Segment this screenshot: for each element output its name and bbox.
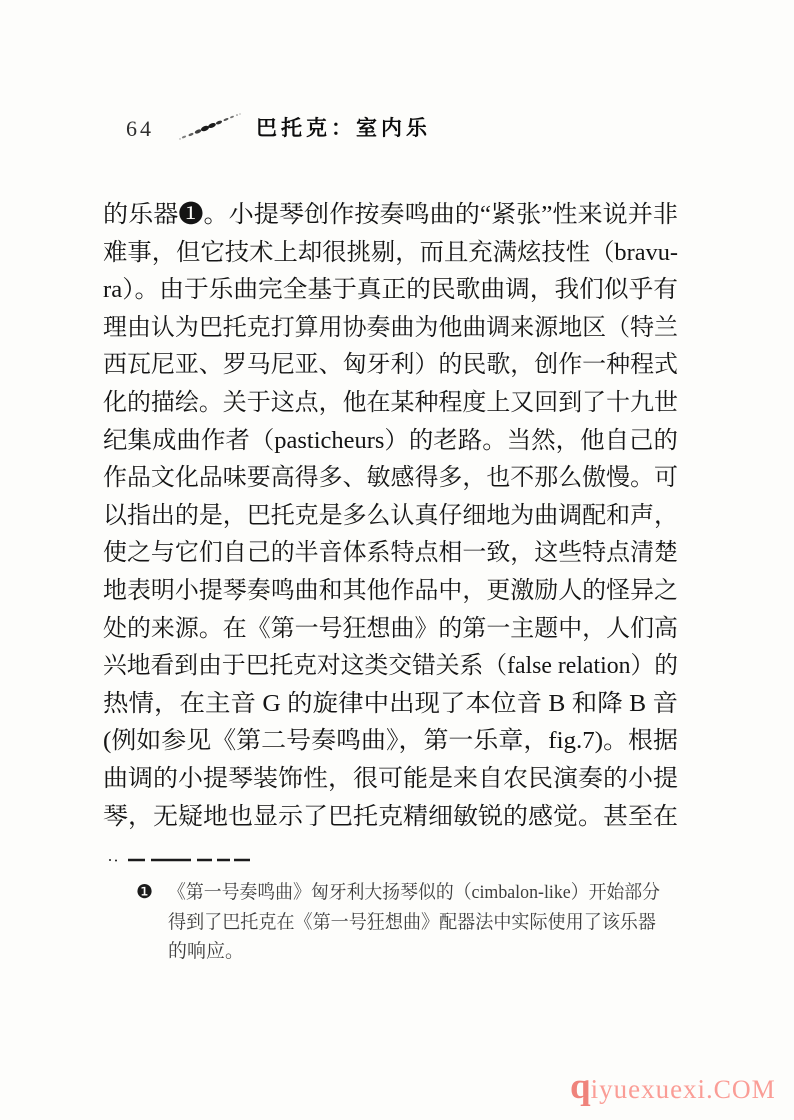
- ink-smudge-mark: [174, 110, 246, 144]
- text-line: (例如参见《第二号奏鸣曲》，第一乐章，fig.7)。根据: [103, 723, 678, 761]
- running-head-title: 巴托克：室内乐: [256, 112, 431, 142]
- footnote-separator: [108, 856, 250, 864]
- text-line: 琴，无疑地也显示了巴托克精细敏锐的感觉。甚至在: [103, 799, 678, 837]
- text-line: 热情，在主音 G 的旋律中出现了本位音 B 和降 B 音: [103, 686, 678, 724]
- text-line: 纪集成曲作者（pasticheurs）的老路。当然，他自己的: [103, 423, 678, 461]
- footnote-line: 得到了巴托克在《第一号狂想曲》配器法中实际使用了该乐器: [168, 908, 674, 938]
- text-line: 地表明小提琴奏鸣曲和其他作品中，更激励人的怪异之: [103, 573, 678, 611]
- watermark-text: iyuexuexi: [591, 1074, 706, 1105]
- watermark-lead-letter: q: [570, 1068, 591, 1105]
- text-line: 的乐器❶。小提琴创作按奏鸣曲的“紧张”性来说并非: [103, 197, 678, 235]
- watermark: qiyuexuexi.COM: [570, 1068, 776, 1105]
- text-line: 作品文化品味要高得多、敏感得多，也不那么傲慢。可: [103, 460, 678, 498]
- text-line: 化的描绘。关于这点，他在某种程度上又回到了十九世: [103, 385, 678, 423]
- footnote-line: 的响应。: [168, 937, 674, 967]
- text-line: 难事，但它技术上却很挑剔，而且充满炫技性（bravu-: [103, 235, 678, 273]
- scanned-book-page: 64 巴托克：室内乐 的乐器❶。小提琴创作按奏鸣曲的“紧张”性来说并非 难事，但…: [0, 0, 794, 1120]
- text-line: 曲调的小提琴装饰性，很可能是来自农民演奏的小提: [103, 761, 678, 799]
- text-line: 理由认为巴托克打算用协奏曲为他曲调来源地区（特兰: [103, 310, 678, 348]
- body-paragraph: 的乐器❶。小提琴创作按奏鸣曲的“紧张”性来说并非 难事，但它技术上却很挑剔，而且…: [103, 197, 678, 836]
- page-number: 64: [126, 116, 154, 142]
- text-line: 以指出的是，巴托克是多么认真仔细地为曲调配和声，: [103, 498, 678, 536]
- watermark-domain: .COM: [706, 1075, 776, 1105]
- text-line: 处的来源。在《第一号狂想曲》的第一主题中，人们高: [103, 611, 678, 649]
- footnote-marker: ❶: [136, 878, 153, 908]
- text-line: 西瓦尼亚、罗马尼亚、匈牙利）的民歌，创作一种程式: [103, 347, 678, 385]
- text-line: 兴地看到由于巴托克对这类交错关系（false relation）的: [103, 648, 678, 686]
- text-line: 使之与它们自己的半音体系特点相一致，这些特点清楚: [103, 535, 678, 573]
- footnote: ❶ 《第一号奏鸣曲》匈牙利大扬琴似的（cimbalon-like）开始部分 得到…: [168, 878, 674, 967]
- footnote-line: 《第一号奏鸣曲》匈牙利大扬琴似的（cimbalon-like）开始部分: [168, 878, 674, 908]
- text-line: ra）。由于乐曲完全基于真正的民歌曲调，我们似乎有: [103, 272, 678, 310]
